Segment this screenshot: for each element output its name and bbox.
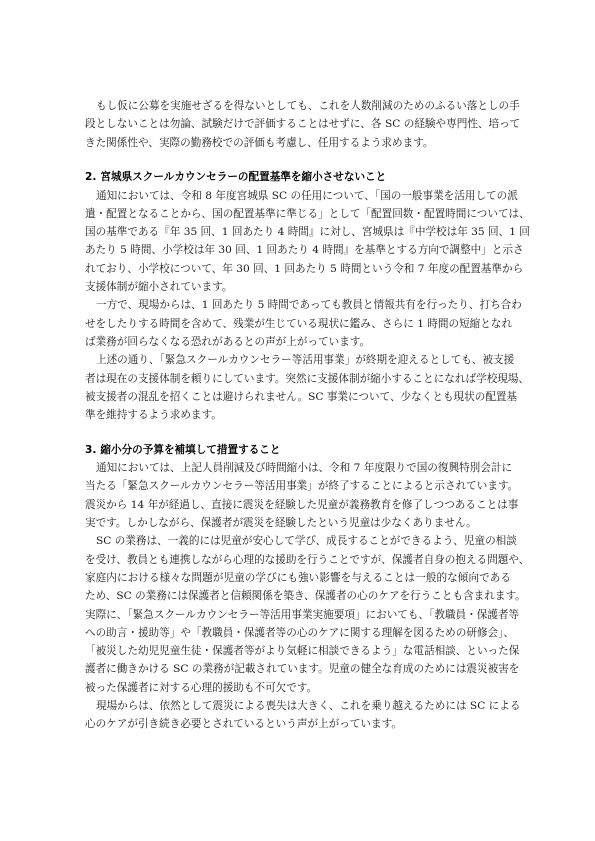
text-line: 通知においては、上記人員削減及び時間縮小は、令和 7 年度限りで国の復興特別会計… [85,459,511,477]
paragraph: 通知においては、令和 8 年度宮城県 SC の任用について、「国の一般事業を活用… [85,187,511,297]
paragraph: SC の業務は、一義的には児童が安心して学び、成長することができるよう、児童の相… [85,532,511,697]
section-title: 縮小分の予算を補填して措置すること [100,444,280,456]
text-line: 準を維持するよう求めます。 [85,406,511,424]
text-line: SC の業務は、一義的には児童が安心して学び、成長することができるよう、児童の相… [85,532,511,550]
text-line: 段としないことは勿論、試験だけで評価することはせずに、各 SC の経験や専門性、… [85,115,511,133]
paragraph: 現場からは、依然として震災による喪失は大きく、これを乗り越えるためには SC に… [85,697,511,734]
text-line: きた関係性や、実際の勤務校での評価も考慮し、任用するよう求めます。 [85,134,511,152]
text-line: 当たる「緊急スクールカウンセラー等活用事業」が終了することによると示されています… [85,477,511,495]
text-line: を受け、教員とも連携しながら心理的な援助を行うことですが、保護者自身の抱える問題… [85,551,511,569]
section-spacer [85,152,511,168]
section-spacer [85,424,511,440]
paragraph: もし仮に公募を実施せざるを得ないとしても、これを人数削減のためのふるい落としの手… [85,97,511,152]
section-number: 3. [85,444,96,456]
section-title: 宮城県スクールカウンセラーの配置基準を縮小させないこと [100,171,386,183]
text-line: 通知においては、令和 8 年度宮城県 SC の任用について、「国の一般事業を活用… [85,187,511,205]
paragraph: 通知においては、上記人員削減及び時間縮小は、令和 7 年度限りで国の復興特別会計… [85,459,511,532]
text-line: 一方で、現場からは、1 回あたり 5 時間であっても教員と情報共有を行ったり、打… [85,296,511,314]
text-line: 実際に、「緊急スクールカウンセラー等活用事業実施要項」においても、「教職員・保護… [85,606,511,624]
text-line: 国の基準である『年 35 回、1 回あたり 4 時間』に対し、宮城県は『中学校は… [85,223,511,241]
text-line: 現場からは、依然として震災による喪失は大きく、これを乗り越えるためには SC に… [85,697,511,715]
text-line: 護者に働きかける SC の業務が記載されています。児童の健全な育成のためには震災… [85,660,511,678]
text-line: 上述の通り、「緊急スクールカウンセラー等活用事業」が終期を迎えるとしても、被支援 [85,351,511,369]
text-line: への助言・援助等」や「教職員・保護者等の心のケアに関する理解を図るための研修会」… [85,624,511,642]
text-line: せをしたりする時間を含めて、残業が生じている現状に鑑み、さらに 1 時間の短縮と… [85,315,511,333]
text-line: 心のケアが引き続き必要とされているという声が上がっています。 [85,715,511,733]
text-line: 「被災した幼児児童生徒・保護者等がより気軽に相談できるよう」な電話相談、といった… [85,642,511,660]
section-heading: 3.縮小分の予算を補填して措置すること [85,441,511,459]
section-number: 2. [85,171,96,183]
text-line: 家庭内における様々な問題が児童の学びにも強い影響を与えることは一般的な傾向である [85,569,511,587]
text-line: 支援体制が縮小されています。 [85,278,511,296]
text-line: 震災から 14 年が経過し、直接に震災を経験した児童が義務教育を修了しつつあるこ… [85,496,511,514]
paragraph: 上述の通り、「緊急スクールカウンセラー等活用事業」が終期を迎えるとしても、被支援… [85,351,511,424]
text-line: 被支援者の混乱を招くことは避けられません。SC 事業について、少なくとも現状の配… [85,388,511,406]
document-body: もし仮に公募を実施せざるを得ないとしても、これを人数削減のためのふるい落としの手… [85,97,511,734]
text-line: ため、SC の業務には保護者と信頼関係を築き、保護者の心のケアを行うことも含まれ… [85,587,511,605]
text-line: 実です。しかしながら、保護者が震災を経験したという児童は少なくありません。 [85,514,511,532]
text-line: 者は現在の支援体制を頼りにしています。突然に支援体制が縮小することになれば学校現… [85,370,511,388]
text-line: れており、小学校について、年 30 回、1 回あたり 5 時間という令和 7 年… [85,260,511,278]
document-page: もし仮に公募を実施せざるを得ないとしても、これを人数削減のためのふるい落としの手… [0,0,595,841]
section-3: 3.縮小分の予算を補填して措置すること 通知においては、上記人員削減及び時間縮小… [85,441,511,734]
section-heading: 2.宮城県スクールカウンセラーの配置基準を縮小させないこと [85,168,511,186]
text-line: 遣・配置となることから、国の配置基準に準じる」として「配置回数・配置時間について… [85,205,511,223]
text-line: ば業務が回らなくなる恐れがあるとの声が上がっています。 [85,333,511,351]
text-line: もし仮に公募を実施せざるを得ないとしても、これを人数削減のためのふるい落としの手 [85,97,511,115]
text-line: あたり 5 時間、小学校は年 30 回、1 回あたり 4 時間』を基準とする方向… [85,241,511,259]
section-2: 2.宮城県スクールカウンセラーの配置基準を縮小させないこと 通知においては、令和… [85,168,511,424]
text-line: 被った保護者に対する心理的援助も不可欠です。 [85,679,511,697]
paragraph: 一方で、現場からは、1 回あたり 5 時間であっても教員と情報共有を行ったり、打… [85,296,511,351]
section-1-continuation: もし仮に公募を実施せざるを得ないとしても、これを人数削減のためのふるい落としの手… [85,97,511,152]
